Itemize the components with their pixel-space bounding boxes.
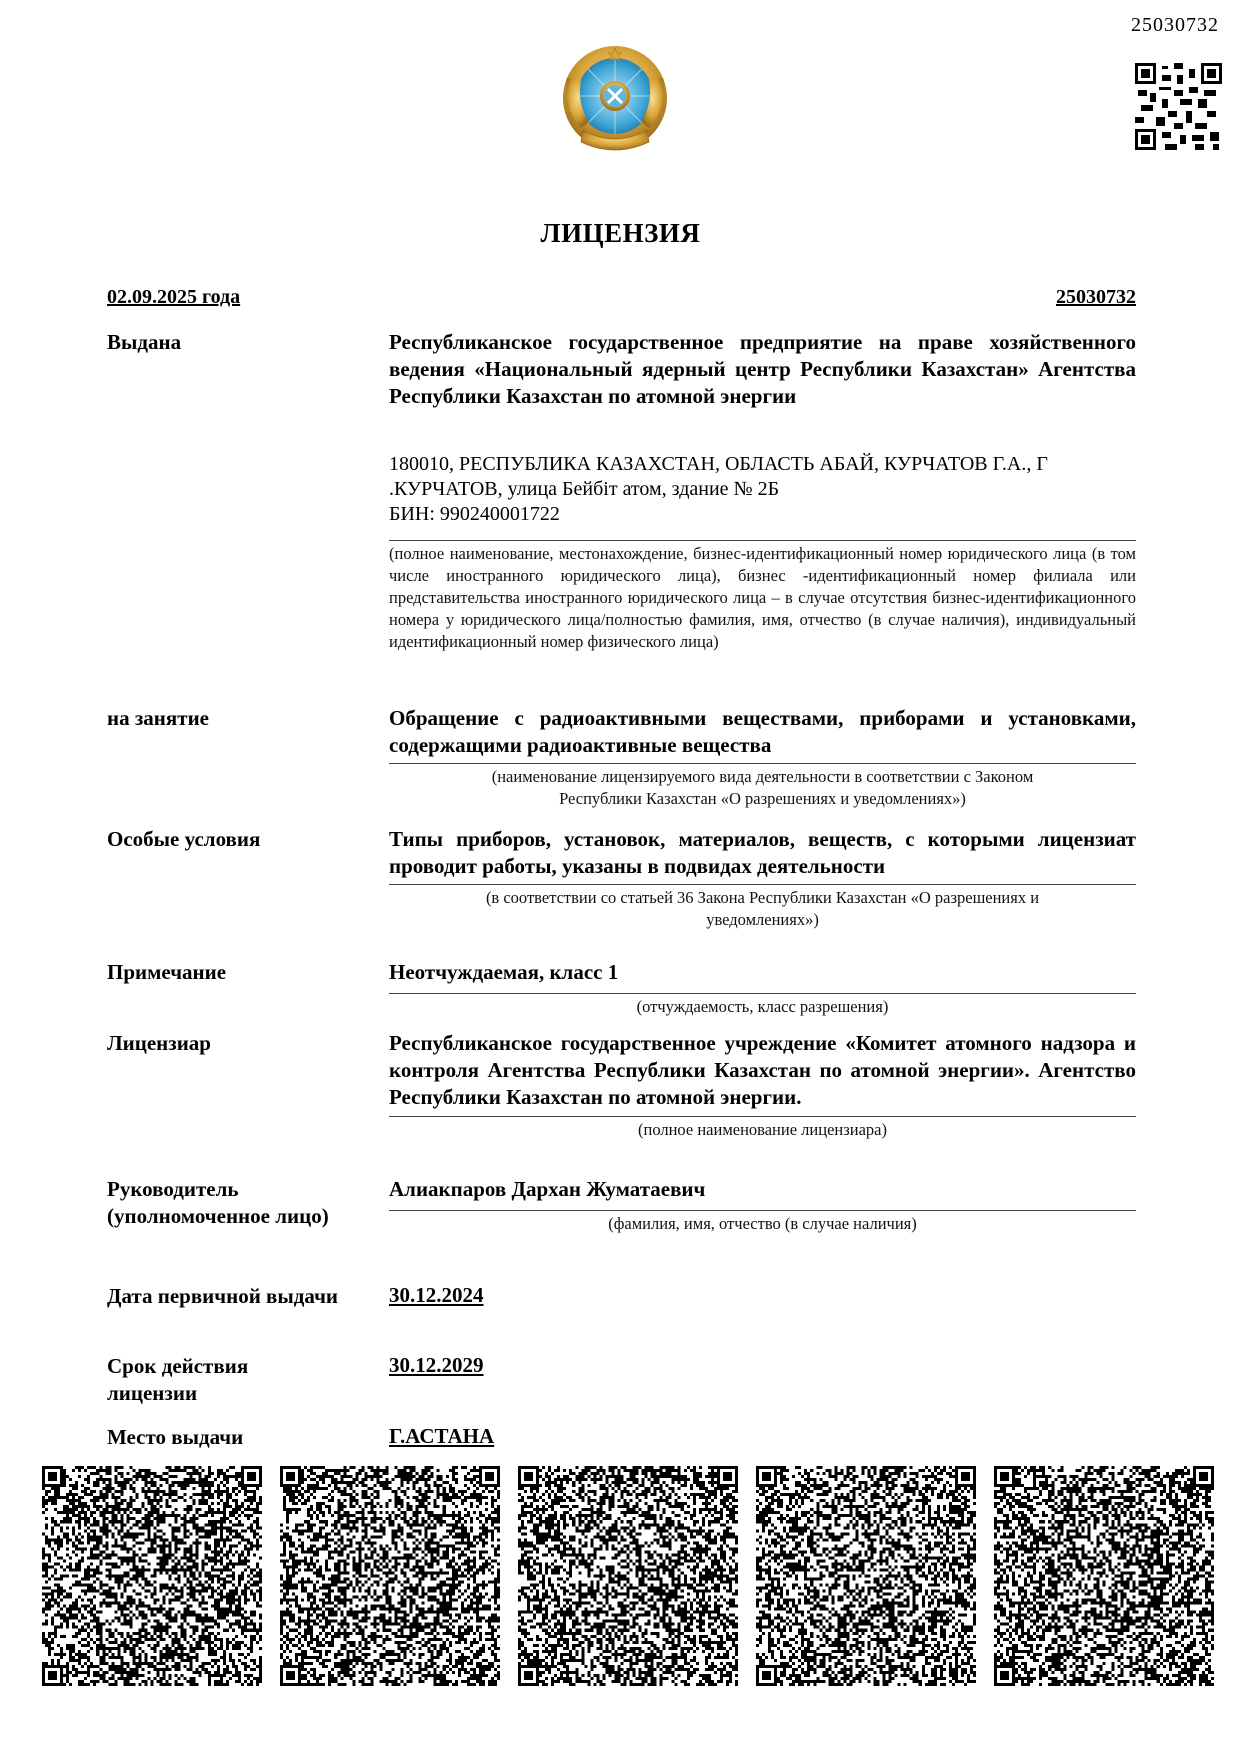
kazakhstan-state-emblem-icon bbox=[553, 38, 678, 163]
qr-code-icon bbox=[42, 1466, 262, 1686]
qr-code-row bbox=[0, 1466, 1241, 1686]
divider bbox=[389, 1210, 1136, 1211]
head-caption: (фамилия, имя, отчество (в случае наличи… bbox=[389, 1213, 1136, 1235]
licensor-caption: (полное наименование лицензиара) bbox=[389, 1119, 1136, 1141]
divider bbox=[389, 540, 1136, 541]
activity-caption-line2: Республики Казахстан «О разрешениях и ув… bbox=[389, 788, 1136, 810]
head-value: Алиакпаров Дархан Жуматаевич bbox=[389, 1176, 1136, 1203]
note-value: Неотчуждаемая, класс 1 bbox=[389, 959, 1136, 986]
doc-number-top: 25030732 bbox=[1131, 14, 1219, 37]
divider bbox=[389, 884, 1136, 885]
licensor-label: Лицензиар bbox=[107, 1030, 211, 1057]
divider bbox=[389, 1116, 1136, 1117]
issued-to-address-line1: 180010, РЕСПУБЛИКА КАЗАХСТАН, ОБЛАСТЬ АБ… bbox=[389, 452, 1136, 477]
issued-to-label: Выдана bbox=[107, 329, 181, 356]
license-date: 02.09.2025 года bbox=[107, 286, 240, 309]
first-issue-label: Дата первичной выдачи bbox=[107, 1283, 338, 1310]
issued-to-bin: БИН: 990240001722 bbox=[389, 502, 1136, 527]
issued-to-address-line2: .КУРЧАТОВ, улица Бейбіт атом, здание № 2… bbox=[389, 477, 1136, 502]
qr-code-icon bbox=[1135, 63, 1222, 150]
qr-code-icon bbox=[518, 1466, 738, 1686]
qr-code-icon bbox=[994, 1466, 1214, 1686]
license-number: 25030732 bbox=[1056, 286, 1136, 309]
issued-to-value: Республиканское государственное предприя… bbox=[389, 329, 1136, 410]
validity-value: 30.12.2029 bbox=[389, 1353, 484, 1378]
special-conditions-label: Особые условия bbox=[107, 826, 260, 853]
head-label-line1: Руководитель bbox=[107, 1176, 238, 1203]
divider bbox=[389, 763, 1136, 764]
special-conditions-caption-line2: уведомлениях») bbox=[389, 909, 1136, 931]
validity-label-line1: Срок действия bbox=[107, 1353, 248, 1380]
place-of-issue-label: Место выдачи bbox=[107, 1424, 243, 1451]
special-conditions-caption-line1: (в соответствии со статьей 36 Закона Рес… bbox=[389, 887, 1136, 909]
note-caption: (отчуждаемость, класс разрешения) bbox=[389, 996, 1136, 1018]
issued-to-caption: (полное наименование, местонахождение, б… bbox=[389, 543, 1136, 653]
special-conditions-value: Типы приборов, установок, материалов, ве… bbox=[389, 826, 1136, 880]
note-label: Примечание bbox=[107, 959, 226, 986]
first-issue-value: 30.12.2024 bbox=[389, 1283, 484, 1308]
qr-code-icon bbox=[280, 1466, 500, 1686]
head-label-line2: (уполномоченное лицо) bbox=[107, 1203, 329, 1230]
activity-value: Обращение с радиоактивными веществами, п… bbox=[389, 705, 1136, 759]
place-of-issue-value: Г.АСТАНА bbox=[389, 1424, 494, 1449]
licensor-value: Республиканское государственное учрежден… bbox=[389, 1030, 1136, 1111]
activity-caption-line1: (наименование лицензируемого вида деятел… bbox=[389, 766, 1136, 788]
activity-label: на занятие bbox=[107, 705, 209, 732]
validity-label-line2: лицензии bbox=[107, 1380, 197, 1407]
divider bbox=[389, 993, 1136, 994]
page-title: ЛИЦЕНЗИЯ bbox=[0, 218, 1241, 249]
qr-code-icon bbox=[756, 1466, 976, 1686]
